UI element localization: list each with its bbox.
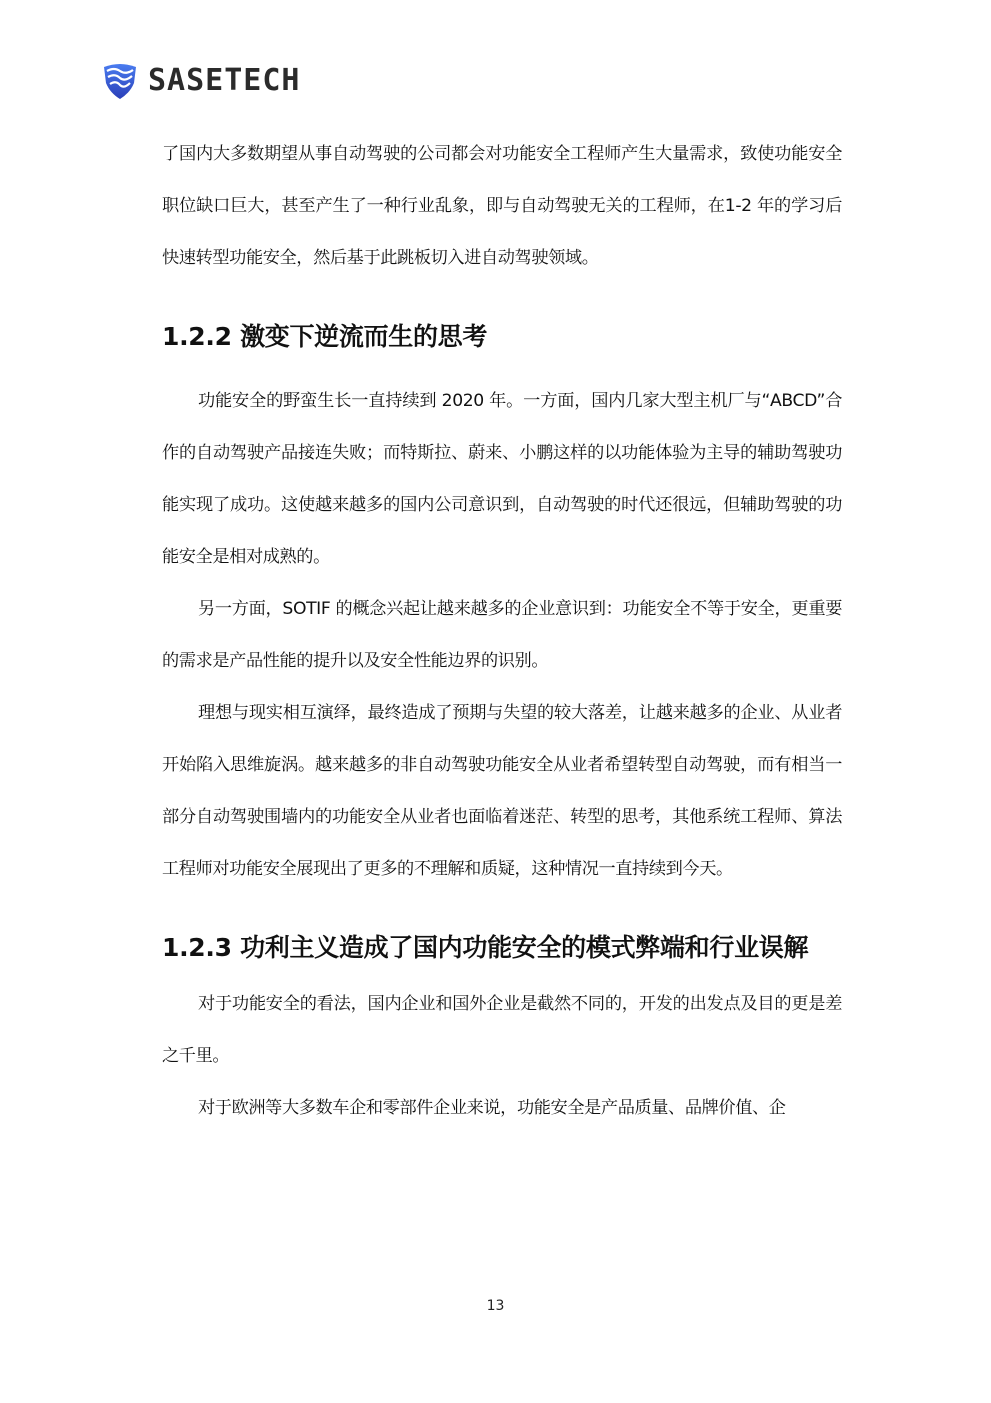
section-heading-1-2-3: 1.2.3 功利主义造成了国内功能安全的模式弊端和行业误解 [162, 922, 842, 974]
logo-text: SASETECH [148, 61, 301, 101]
paragraph: 对于欧洲等大多数车企和零部件企业来说，功能安全是产品质量、品牌价值、企 [162, 1082, 842, 1134]
document-page: SASETECH 了国内大多数期望从事自动驾驶的公司都会对功能安全工程师产生大量… [0, 0, 991, 1403]
paragraph: 对于功能安全的看法，国内企业和国外企业是截然不同的，开发的出发点及目的更是差之千… [162, 978, 842, 1082]
section-heading-1-2-2: 1.2.2 激变下逆流而生的思考 [162, 311, 842, 363]
page-header: SASETECH [100, 60, 301, 102]
document-body: 了国内大多数期望从事自动驾驶的公司都会对功能安全工程师产生大量需求，致使功能安全… [162, 128, 842, 1134]
paragraph: 了国内大多数期望从事自动驾驶的公司都会对功能安全工程师产生大量需求，致使功能安全… [162, 128, 842, 284]
paragraph: 功能安全的野蛮生长一直持续到 2020 年。一方面，国内几家大型主机厂与“ABC… [162, 375, 842, 583]
shield-waves-icon [100, 61, 140, 101]
paragraph: 理想与现实相互演绎，最终造成了预期与失望的较大落差，让越来越多的企业、从业者开始… [162, 687, 842, 895]
paragraph: 另一方面，SOTIF 的概念兴起让越来越多的企业意识到：功能安全不等于安全，更重… [162, 583, 842, 687]
page-number: 13 [0, 1298, 991, 1314]
